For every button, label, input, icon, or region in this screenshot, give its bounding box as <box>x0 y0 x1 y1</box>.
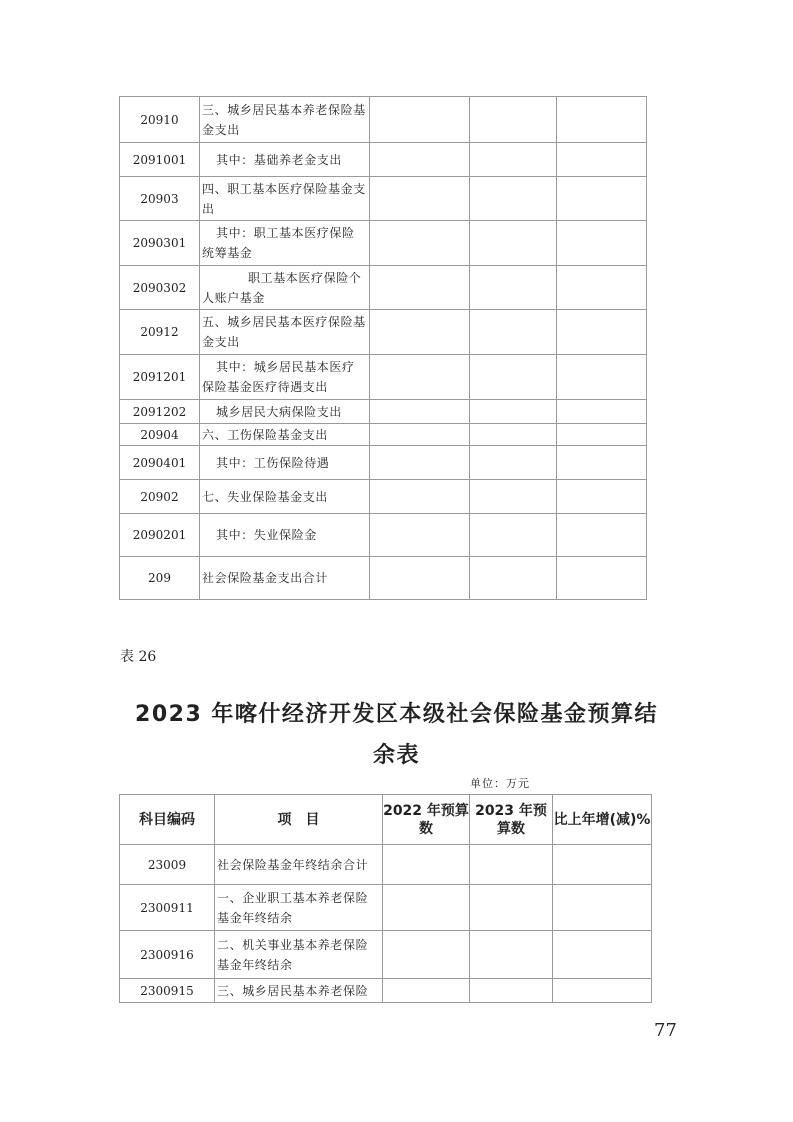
budget-current-cell <box>470 310 557 355</box>
social-insurance-balance-table: 科目编码 项 目 2022 年预算数 2023 年预算数 比上年增(减)% 23… <box>119 794 652 1003</box>
item-name-cell: 社会保险基金支出合计 <box>200 557 370 600</box>
subject-code-cell: 2091001 <box>120 143 200 177</box>
budget-current-cell <box>470 424 557 446</box>
budget-current-cell <box>470 355 557 400</box>
budget-prev-cell <box>370 480 470 514</box>
budget-prev-cell <box>383 845 470 885</box>
document-title-line2: 余表 <box>100 738 693 769</box>
subject-code-cell: 20902 <box>120 480 200 514</box>
item-name-cell: 其中：职工基本医疗保险统筹基金 <box>200 221 370 266</box>
table-row: 23009社会保险基金年终结余合计 <box>120 845 652 885</box>
change-percent-cell <box>557 514 647 557</box>
document-title-line1: 2023 年喀什经济开发区本级社会保险基金预算结 <box>100 697 693 728</box>
budget-current-cell <box>470 514 557 557</box>
table-row: 209社会保险基金支出合计 <box>120 557 647 600</box>
change-percent-cell <box>557 424 647 446</box>
budget-current-cell <box>470 480 557 514</box>
item-name-cell: 城乡居民大病保险支出 <box>200 400 370 424</box>
budget-current-cell <box>470 221 557 266</box>
table-row: 20902七、失业保险基金支出 <box>120 480 647 514</box>
unit-label: 单位：万元 <box>470 775 530 791</box>
subject-code-cell: 2090401 <box>120 446 200 480</box>
subject-code-cell: 2091202 <box>120 400 200 424</box>
subject-code-cell: 2091201 <box>120 355 200 400</box>
budget-current-cell <box>470 143 557 177</box>
item-name-cell: 其中：基础养老金支出 <box>200 143 370 177</box>
change-percent-cell <box>557 446 647 480</box>
table-row: 2300916二、机关事业基本养老保险基金年终结余 <box>120 931 652 979</box>
budget-prev-cell <box>370 266 470 310</box>
change-percent-cell <box>553 845 652 885</box>
subject-code-cell: 2300916 <box>120 931 215 979</box>
budget-current-cell <box>470 845 553 885</box>
change-percent-cell <box>557 557 647 600</box>
subject-code-cell: 20903 <box>120 177 200 221</box>
budget-current-cell <box>470 400 557 424</box>
budget-prev-cell <box>370 97 470 143</box>
change-percent-cell <box>557 480 647 514</box>
change-percent-cell <box>557 177 647 221</box>
table-row: 2090201其中：失业保险金 <box>120 514 647 557</box>
table-row: 2090301其中：职工基本医疗保险统筹基金 <box>120 221 647 266</box>
budget-prev-cell <box>370 310 470 355</box>
change-percent-cell <box>557 355 647 400</box>
subject-code-cell: 20910 <box>120 97 200 143</box>
page-number: 77 <box>654 1020 677 1041</box>
table-number-label: 表 26 <box>120 646 156 666</box>
budget-current-cell <box>470 97 557 143</box>
table-row: 2300911一、企业职工基本养老保险基金年终结余 <box>120 885 652 931</box>
budget-prev-cell <box>370 221 470 266</box>
budget-prev-cell <box>370 400 470 424</box>
subject-code-cell: 20912 <box>120 310 200 355</box>
budget-current-cell <box>470 979 553 1003</box>
header-2022-budget: 2022 年预算数 <box>383 795 470 845</box>
budget-prev-cell <box>383 931 470 979</box>
header-subject-code: 科目编码 <box>120 795 215 845</box>
table-row: 2091001其中：基础养老金支出 <box>120 143 647 177</box>
change-percent-cell <box>553 979 652 1003</box>
subject-code-cell: 2300915 <box>120 979 215 1003</box>
subject-code-cell: 23009 <box>120 845 215 885</box>
subject-code-cell: 209 <box>120 557 200 600</box>
item-name-cell: 四、职工基本医疗保险基金支出 <box>200 177 370 221</box>
header-item: 项 目 <box>215 795 383 845</box>
budget-current-cell <box>470 446 557 480</box>
budget-current-cell <box>470 177 557 221</box>
change-percent-cell <box>557 221 647 266</box>
budget-prev-cell <box>370 355 470 400</box>
table-row: 2091201其中：城乡居民基本医疗保险基金医疗待遇支出 <box>120 355 647 400</box>
header-2023-budget: 2023 年预算数 <box>470 795 553 845</box>
item-name-cell: 其中：工伤保险待遇 <box>200 446 370 480</box>
change-percent-cell <box>557 266 647 310</box>
budget-prev-cell <box>383 979 470 1003</box>
budget-prev-cell <box>370 143 470 177</box>
change-percent-cell <box>553 885 652 931</box>
social-insurance-expenditure-table-continued: 20910三、城乡居民基本养老保险基金支出2091001其中：基础养老金支出20… <box>119 96 647 600</box>
item-name-cell: 五、城乡居民基本医疗保险基金支出 <box>200 310 370 355</box>
table-row: 2300915三、城乡居民基本养老保险 <box>120 979 652 1003</box>
change-percent-cell <box>557 143 647 177</box>
budget-current-cell <box>470 885 553 931</box>
table-row: 20910三、城乡居民基本养老保险基金支出 <box>120 97 647 143</box>
table-row: 20903四、职工基本医疗保险基金支出 <box>120 177 647 221</box>
budget-prev-cell <box>370 424 470 446</box>
item-name-cell: 六、工伤保险基金支出 <box>200 424 370 446</box>
table-row: 20912五、城乡居民基本医疗保险基金支出 <box>120 310 647 355</box>
change-percent-cell <box>557 400 647 424</box>
subject-code-cell: 2090302 <box>120 266 200 310</box>
subject-code-cell: 2090301 <box>120 221 200 266</box>
item-name-cell: 七、失业保险基金支出 <box>200 480 370 514</box>
change-percent-cell <box>557 310 647 355</box>
change-percent-cell <box>557 97 647 143</box>
budget-current-cell <box>470 557 557 600</box>
item-name-cell: 三、城乡居民基本养老保险基金支出 <box>200 97 370 143</box>
budget-prev-cell <box>370 557 470 600</box>
table-row: 2091202城乡居民大病保险支出 <box>120 400 647 424</box>
table-row: 20904六、工伤保险基金支出 <box>120 424 647 446</box>
table-row: 2090302职工基本医疗保险个人账户基金 <box>120 266 647 310</box>
item-name-cell: 社会保险基金年终结余合计 <box>215 845 383 885</box>
item-name-cell: 职工基本医疗保险个人账户基金 <box>200 266 370 310</box>
budget-prev-cell <box>370 177 470 221</box>
item-name-cell: 一、企业职工基本养老保险基金年终结余 <box>215 885 383 931</box>
table-header-row: 科目编码 项 目 2022 年预算数 2023 年预算数 比上年增(减)% <box>120 795 652 845</box>
budget-prev-cell <box>370 446 470 480</box>
change-percent-cell <box>553 931 652 979</box>
budget-current-cell <box>470 266 557 310</box>
item-name-cell: 其中：失业保险金 <box>200 514 370 557</box>
table-row: 2090401其中：工伤保险待遇 <box>120 446 647 480</box>
subject-code-cell: 2300911 <box>120 885 215 931</box>
header-change-percent: 比上年增(减)% <box>553 795 652 845</box>
item-name-cell: 三、城乡居民基本养老保险 <box>215 979 383 1003</box>
subject-code-cell: 2090201 <box>120 514 200 557</box>
item-name-cell: 其中：城乡居民基本医疗保险基金医疗待遇支出 <box>200 355 370 400</box>
item-name-cell: 二、机关事业基本养老保险基金年终结余 <box>215 931 383 979</box>
budget-prev-cell <box>370 514 470 557</box>
budget-current-cell <box>470 931 553 979</box>
budget-prev-cell <box>383 885 470 931</box>
subject-code-cell: 20904 <box>120 424 200 446</box>
